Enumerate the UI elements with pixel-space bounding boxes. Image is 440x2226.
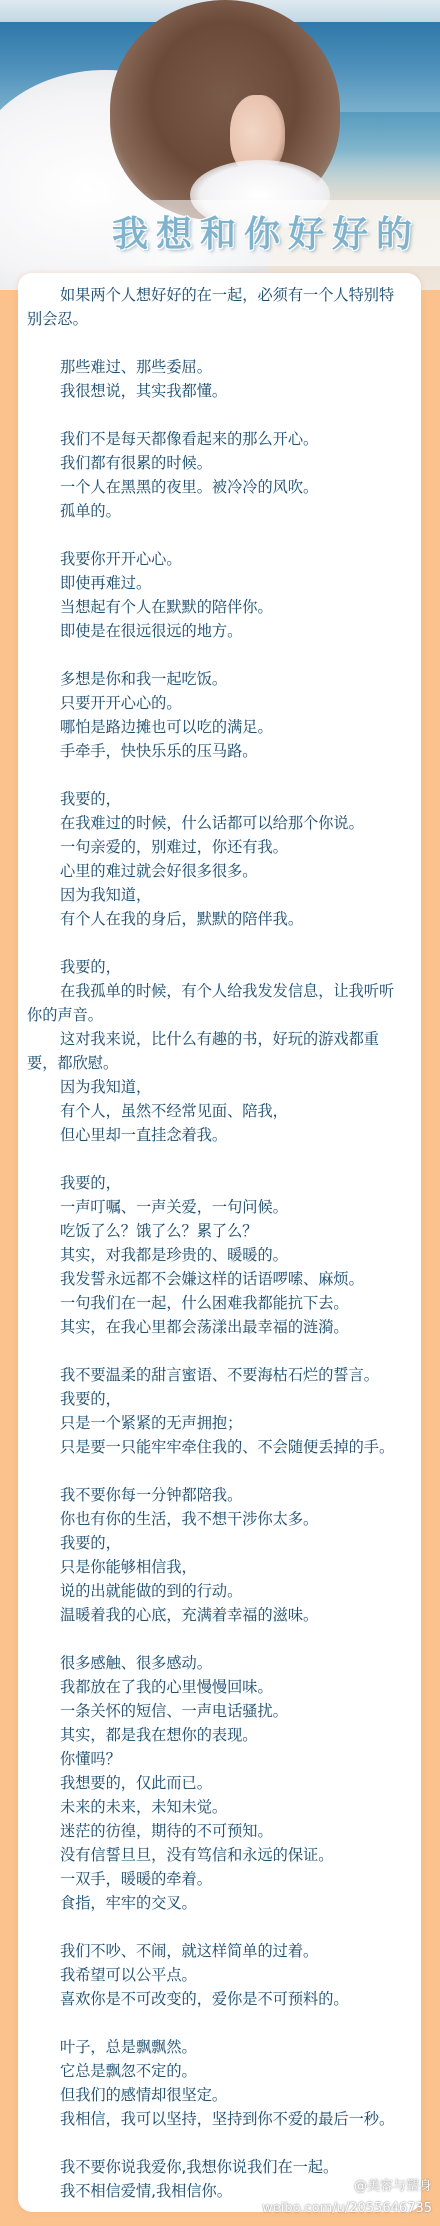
- text-line: 哪怕是路边摊也可以吃的满足。: [27, 715, 409, 739]
- watermark-url: weibo.com/u/2055646735: [262, 2198, 432, 2220]
- paragraph: 我要你开开心心。即使再难过。当想起有个人在默默的陪伴你。即使是在很远很远的地方。: [27, 547, 409, 643]
- text-line: 一个人在黑黑的夜里。被冷冷的风吹。: [27, 475, 409, 499]
- text-line: 只是一个紧紧的无声拥抱；: [27, 1411, 409, 1435]
- text-line: 我不要温柔的甜言蜜语、不要海枯石烂的誓言。: [27, 1363, 409, 1387]
- text-line: 说的出就能做的到的行动。: [27, 1579, 409, 1603]
- paragraph: 很多感触、很多感动。我都放在了我的心里慢慢回味。一条关怀的短信、一声电话骚扰。其…: [27, 1651, 409, 1915]
- text-line: 有个人在我的身后，默默的陪伴我。: [27, 907, 409, 931]
- text-line: 在我难过的时候，什么话都可以给那个你说。: [27, 811, 409, 835]
- paragraph: 我要的，一声叮嘱、一声关爱，一句问候。吃饭了么？饿了么？累了么？其实，对我都是珍…: [27, 1171, 409, 1339]
- text-line: 叶子，总是飘飘然。: [27, 2035, 409, 2059]
- text-line: 多想是你和我一起吃饭。: [27, 667, 409, 691]
- text-line: 一句亲爱的，别难过，你还有我。: [27, 835, 409, 859]
- text-line: 你也有你的生活，我不想干涉你太多。: [27, 1507, 409, 1531]
- text-line: 其实，都是我在想你的表现。: [27, 1723, 409, 1747]
- paragraph: 我不要温柔的甜言蜜语、不要海枯石烂的誓言。我要的，只是一个紧紧的无声拥抱；只是要…: [27, 1363, 409, 1459]
- text-line: 没有信誓旦旦，没有笃信和永远的保证。: [27, 1843, 409, 1867]
- text-line: 我要的，: [27, 955, 409, 979]
- paragraph: 我们不是每天都像看起来的那么开心。我们都有很累的时候。一个人在黑黑的夜里。被冷冷…: [27, 427, 409, 523]
- text-line: 我要的，: [27, 787, 409, 811]
- text-line: 迷茫的彷徨，期待的不可预知。: [27, 1819, 409, 1843]
- paragraph: 那些难过、那些委屈。我很想说，其实我都懂。: [27, 355, 409, 403]
- text-line: 我们不吵、不闹，就这样简单的过着。: [27, 1939, 409, 1963]
- text-line: 我希望可以公平点。: [27, 1963, 409, 1987]
- text-line: 我想要的，仅此而已。: [27, 1771, 409, 1795]
- text-line: 食指，牢牢的交叉。: [27, 1891, 409, 1915]
- text-line: 这对我来说，比什么有趣的书，好玩的游戏都重要，都欣慰。: [27, 1027, 409, 1075]
- text-line: 一条关怀的短信、一声电话骚扰。: [27, 1699, 409, 1723]
- content-card: 如果两个人想好好的在一起，必须有一个人特别特别会忍。那些难过、那些委屈。我很想说…: [18, 273, 421, 2212]
- text-line: 我要的，: [27, 1171, 409, 1195]
- text-line: 吃饭了么？饿了么？累了么？: [27, 1219, 409, 1243]
- text-line: 很多感触、很多感动。: [27, 1651, 409, 1675]
- text-line: 但心里却一直挂念着我。: [27, 1123, 409, 1147]
- text-line: 心里的难过就会好很多很多。: [27, 859, 409, 883]
- paragraph: 叶子，总是飘飘然。它总是飘忽不定的。但我们的感情却很坚定。我相信，我可以坚持，坚…: [27, 2035, 409, 2131]
- text-line: 那些难过、那些委屈。: [27, 355, 409, 379]
- text-line: 我相信，我可以坚持，坚持到你不爱的最后一秒。: [27, 2107, 409, 2131]
- text-line: 其实，在我心里都会荡漾出最幸福的涟漪。: [27, 1315, 409, 1339]
- text-line: 你懂吗？: [27, 1747, 409, 1771]
- text-line: 我们不是每天都像看起来的那么开心。: [27, 427, 409, 451]
- text-line: 我们都有很累的时候。: [27, 451, 409, 475]
- watermark-handle-row: @美容与塑身: [262, 2176, 432, 2198]
- text-line: 即使是在很远很远的地方。: [27, 619, 409, 643]
- text-line: 只要开开心心的。: [27, 691, 409, 715]
- text-line: 其实，对我都是珍贵的、暖暖的。: [27, 1243, 409, 1267]
- text-line: 我要的，: [27, 1387, 409, 1411]
- text-line: 一双手，暖暖的牵着。: [27, 1867, 409, 1891]
- text-line: 温暖着我的心底，充满着幸福的滋味。: [27, 1603, 409, 1627]
- text-line: 我很想说，其实我都懂。: [27, 379, 409, 403]
- weibo-icon: [330, 2177, 350, 2193]
- text-line: 在我孤单的时候，有个人给我发发信息，让我听听你的声音。: [27, 979, 409, 1027]
- text-line: 手牵手，快快乐乐的压马路。: [27, 739, 409, 763]
- text-line: 我发誓永远都不会嫌这样的话语啰嗦、麻烦。: [27, 1267, 409, 1291]
- text-line: 因为我知道，: [27, 883, 409, 907]
- watermark-handle: @美容与塑身: [354, 2179, 432, 2194]
- text-line: 喜欢你是不可改变的，爱你是不可预料的。: [27, 1987, 409, 2011]
- text-line: 只是你能够相信我，: [27, 1555, 409, 1579]
- text-line: 一句我们在一起，什么困难我都能抗下去。: [27, 1291, 409, 1315]
- text-line: 一声叮嘱、一声关爱，一句问候。: [27, 1195, 409, 1219]
- text-line: 我要你开开心心。: [27, 547, 409, 571]
- text-line: 但我们的感情却很坚定。: [27, 2083, 409, 2107]
- text-line: 孤单的。: [27, 499, 409, 523]
- paragraph: 我要的，在我孤单的时候，有个人给我发发信息，让我听听你的声音。这对我来说，比什么…: [27, 955, 409, 1147]
- paragraph: 我不要你每一分钟都陪我。你也有你的生活，我不想干涉你太多。我要的，只是你能够相信…: [27, 1483, 409, 1627]
- text-line: 未来的未来，未知未觉。: [27, 1795, 409, 1819]
- text-line: 有个人，虽然不经常见面、陪我，: [27, 1099, 409, 1123]
- text-line: 如果两个人想好好的在一起，必须有一个人特别特别会忍。: [27, 283, 409, 331]
- paragraph: 如果两个人想好好的在一起，必须有一个人特别特别会忍。: [27, 283, 409, 331]
- watermark: @美容与塑身 weibo.com/u/2055646735: [262, 2176, 432, 2220]
- text-line: 因为我知道，: [27, 1075, 409, 1099]
- paragraph: 我们不吵、不闹，就这样简单的过着。我希望可以公平点。喜欢你是不可改变的，爱你是不…: [27, 1939, 409, 2011]
- text-line: 我不要你每一分钟都陪我。: [27, 1483, 409, 1507]
- text-line: 当想起有个人在默默的陪伴你。: [27, 595, 409, 619]
- text-line: 即使再难过。: [27, 571, 409, 595]
- paragraph: 多想是你和我一起吃饭。只要开开心心的。哪怕是路边摊也可以吃的满足。手牵手，快快乐…: [27, 667, 409, 763]
- text-line: 只是要一只能牢牢牵住我的、不会随便丢掉的手。: [27, 1435, 409, 1459]
- text-line: 它总是飘忽不定的。: [27, 2059, 409, 2083]
- poem-body: 如果两个人想好好的在一起，必须有一个人特别特别会忍。那些难过、那些委屈。我很想说…: [27, 283, 409, 2203]
- paragraph: 我要的，在我难过的时候，什么话都可以给那个你说。一句亲爱的，别难过，你还有我。心…: [27, 787, 409, 931]
- text-line: 我要的，: [27, 1531, 409, 1555]
- page-title: 我想和你好好的: [112, 206, 432, 257]
- text-line: 我都放在了我的心里慢慢回味。: [27, 1675, 409, 1699]
